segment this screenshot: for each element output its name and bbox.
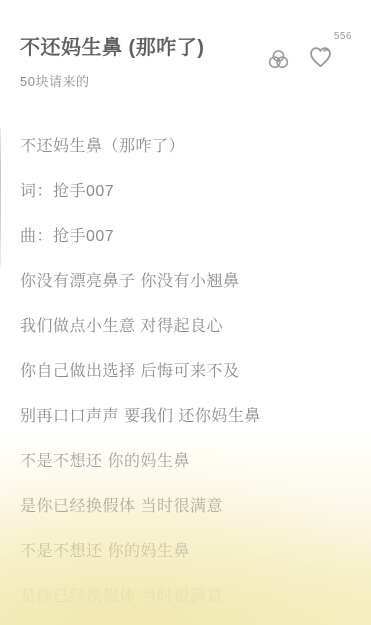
left-edge-line [0, 128, 1, 268]
song-subtitle: 50块请来的 [20, 71, 355, 90]
lyric-line: 曲：抢手007 [20, 214, 365, 259]
trefoil-button[interactable] [266, 47, 291, 72]
clover-icon [266, 60, 291, 75]
lyric-line: 不是不想还 你的妈生鼻 [20, 529, 365, 574]
lyric-line: 不是不想还 你的妈生鼻 [20, 439, 365, 484]
lyric-line: 是你已经换假体 当时很满意 [20, 484, 365, 529]
lyrics-page: 不还妈生鼻 (那咋了) 50块请来的 556 [0, 0, 371, 625]
lyrics: 不还妈生鼻（那咋了） 词：抢手007 曲：抢手007 你没有漂亮鼻子 你没有小翘… [20, 124, 365, 619]
like-button[interactable]: 556 [306, 43, 335, 70]
lyric-line: 你没有漂亮鼻子 你没有小翘鼻 [20, 259, 365, 304]
lyric-line: 别再口口声声 要我们 还你妈生鼻 [20, 394, 365, 439]
lyric-line: 你自己做出选择 后悔可来不及 [20, 349, 365, 394]
lyric-line: 词：抢手007 [20, 169, 365, 214]
header-actions: 556 [266, 43, 353, 72]
lyric-line: 不还妈生鼻（那咋了） [20, 124, 365, 169]
lyric-line: 是你已经换假体 当时很满意 [20, 574, 365, 619]
heart-icon [306, 58, 335, 73]
lyric-line: 我们做点小生意 对得起良心 [20, 304, 365, 349]
